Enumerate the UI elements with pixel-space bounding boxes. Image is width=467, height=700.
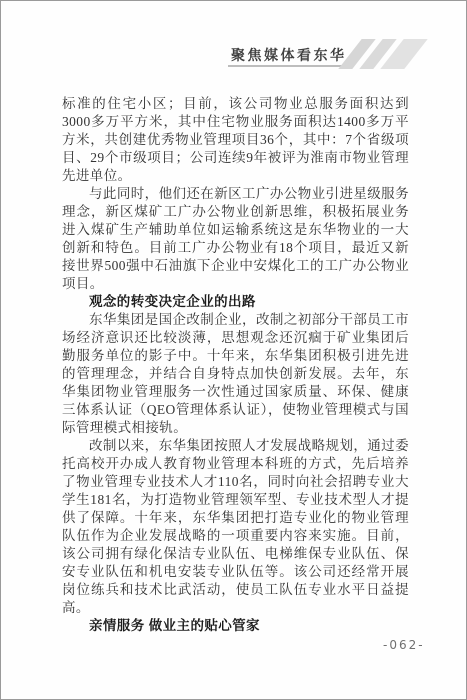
section-heading: 亲情服务 做业主的贴心管家 [62, 617, 409, 635]
page-body: 标准的住宅小区；目前，该公司物业总服务面积达到3000多万平方米，其中住宅物业服… [62, 95, 409, 635]
page-number: -062- [383, 638, 425, 652]
book-page: 聚焦媒体看东华 标准的住宅小区；目前，该公司物业总服务面积达到3000多万平方米… [0, 0, 467, 700]
paragraph: 与此同时，他们还在新区工广办公物业引进星级服务理念，新区煤矿工广办公物业创新思维… [62, 185, 409, 293]
running-head-title: 聚焦媒体看东华 [231, 45, 347, 65]
paragraph: 改制以来，东华集团按照人才发展战略规划，通过委托高校开办成人教育物业管理本科班的… [62, 437, 409, 617]
paragraph: 东华集团是国企改制企业，改制之初部分干部员工市场经济意识还比较淡薄，思想观念还沉… [62, 311, 409, 437]
paragraph-continuation: 标准的住宅小区；目前，该公司物业总服务面积达到3000多万平方米，其中住宅物业服… [62, 95, 409, 185]
running-head-rule [228, 65, 354, 67]
section-heading: 观念的转变决定企业的出路 [62, 293, 409, 311]
decorative-slashes-icon [350, 39, 423, 69]
